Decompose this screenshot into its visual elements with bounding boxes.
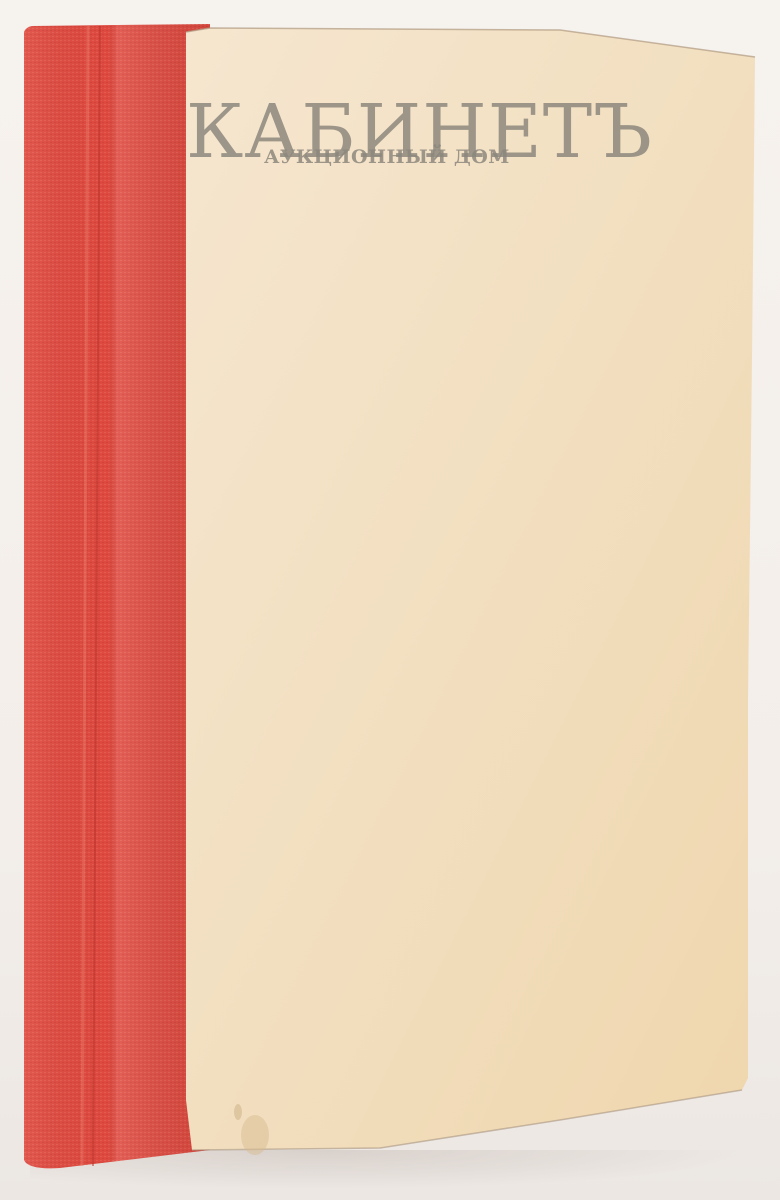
book-photo: КАБИНЕТЪ АУКЦИОННЫЙ ДОМ [0, 0, 780, 1200]
watermark-subtitle: АУКЦИОННЫЙ ДОМ [264, 146, 510, 168]
watermark: КАБИНЕТЪ АУКЦИОННЫЙ ДОМ [186, 92, 596, 172]
cover-paper [186, 28, 755, 1150]
book-illustration [0, 0, 780, 1200]
